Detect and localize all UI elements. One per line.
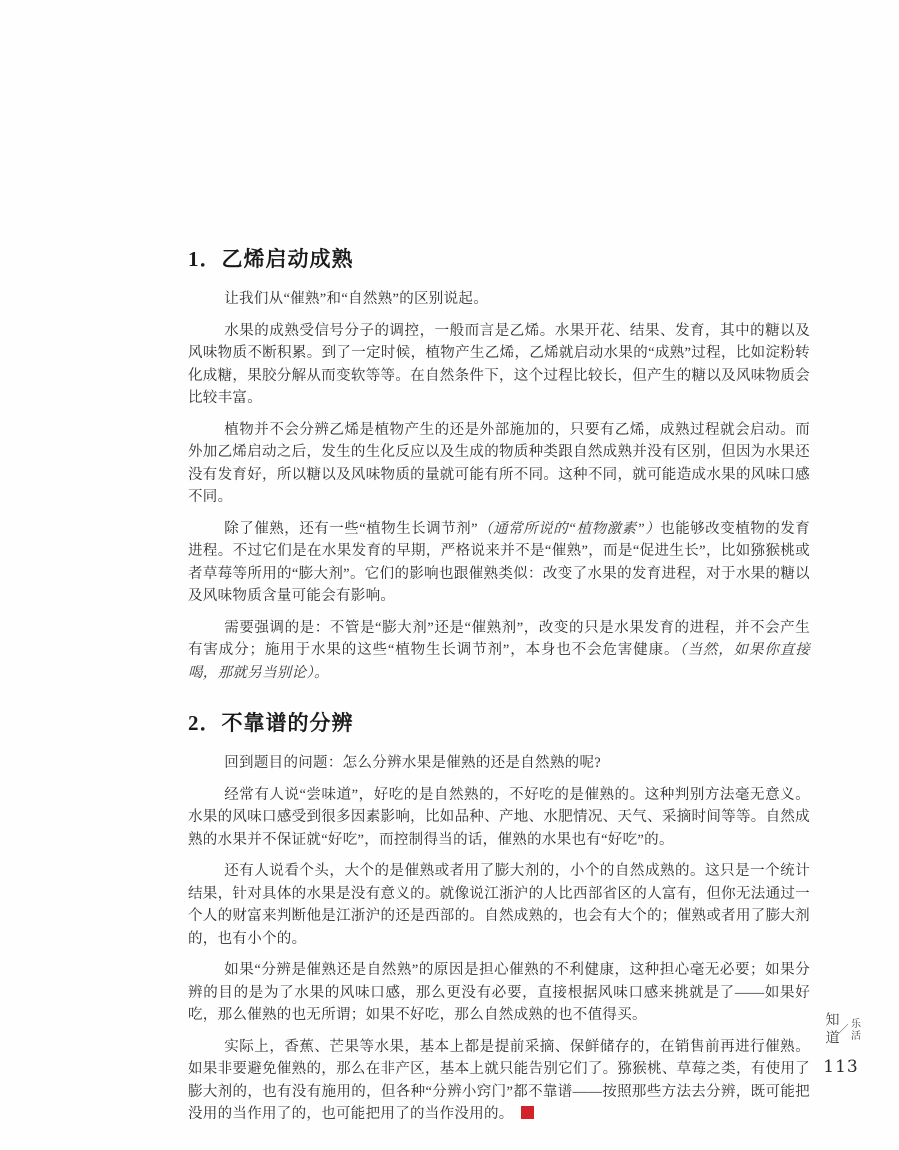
- sidebar-folio: 乐活 ／ 知道 113: [824, 1012, 858, 1077]
- paragraph: 经常有人说“尝味道”，好吃的是自然熟的，不好吃的是催熟的。这种判别方法毫无意义。…: [188, 784, 810, 852]
- folio-section-label: 知道: [824, 1012, 838, 1048]
- paragraph: 回到题目的问题：怎么分辨水果是催熟的还是自然熟的呢?: [188, 752, 810, 775]
- paragraph-text: 植物并不会分辨乙烯是植物产生的还是外部施加的，只要有乙烯，成熟过程就会启动。而外…: [188, 422, 810, 506]
- folio-slash-separator: ／: [838, 1024, 849, 1037]
- folio-magazine-label: 乐活: [849, 1018, 859, 1042]
- paragraph-text: 水果的成熟受信号分子的调控，一般而言是乙烯。水果开花、结果、发育，其中的糖以及风…: [188, 323, 810, 407]
- paragraph-text: 除了催熟，还有一些“植物生长调节剂”: [224, 521, 478, 537]
- kai-annotation: （通常所说的“植物激素”）: [478, 521, 660, 537]
- paragraph: 如果“分辨是催熟还是自然熟”的原因是担心催熟的不利健康，这种担心毫无必要；如果分…: [188, 959, 810, 1027]
- paragraph-text: 还有人说看个头，大个的是催熟或者用了膨大剂的，小个的自然成熟的。这只是一个统计结…: [188, 863, 810, 947]
- article-end-square-icon: [521, 1106, 534, 1119]
- paragraph: 让我们从“催熟”和“自然熟”的区别说起。: [188, 288, 810, 311]
- paragraph: 植物并不会分辨乙烯是植物产生的还是外部施加的，只要有乙烯，成熟过程就会启动。而外…: [188, 419, 810, 509]
- article-body: 1．乙烯启动成熟 让我们从“催熟”和“自然熟”的区别说起。 水果的成熟受信号分子…: [188, 246, 810, 1135]
- paragraph-text: 如果“分辨是催熟还是自然熟”的原因是担心催熟的不利健康，这种担心毫无必要；如果分…: [188, 962, 810, 1023]
- paragraph: 实际上，香蕉、芒果等水果，基本上都是提前采摘、保鲜储存的，在销售前再进行催熟。如…: [188, 1036, 810, 1126]
- paragraph: 水果的成熟受信号分子的调控，一般而言是乙烯。水果开花、结果、发育，其中的糖以及风…: [188, 320, 810, 410]
- paragraph: 除了催熟，还有一些“植物生长调节剂”（通常所说的“植物激素”）也能够改变植物的发…: [188, 518, 810, 608]
- folio-page-number: 113: [823, 1057, 858, 1077]
- paragraph: 需要强调的是：不管是“膨大剂”还是“催熟剂”，改变的只是水果发育的进程，并不会产…: [188, 617, 810, 685]
- paragraph-text: 让我们从“催熟”和“自然熟”的区别说起。: [224, 291, 488, 307]
- paragraph-text: 经常有人说“尝味道”，好吃的是自然熟的，不好吃的是催熟的。这种判别方法毫无意义。…: [188, 787, 810, 848]
- section-1-heading: 1．乙烯启动成熟: [188, 246, 810, 272]
- paragraph: 还有人说看个头，大个的是催熟或者用了膨大剂的，小个的自然成熟的。这只是一个统计结…: [188, 860, 810, 950]
- paragraph-text: 实际上，香蕉、芒果等水果，基本上都是提前采摘、保鲜储存的，在销售前再进行催熟。如…: [188, 1039, 810, 1123]
- magazine-page: 1．乙烯启动成熟 让我们从“催熟”和“自然熟”的区别说起。 水果的成熟受信号分子…: [0, 0, 899, 1150]
- folio-vertical-labels: 乐活 ／ 知道: [824, 1012, 859, 1048]
- paragraph-text: 回到题目的问题：怎么分辨水果是催熟的还是自然熟的呢?: [224, 755, 601, 771]
- section-2-heading: 2．不靠谱的分辨: [188, 710, 810, 736]
